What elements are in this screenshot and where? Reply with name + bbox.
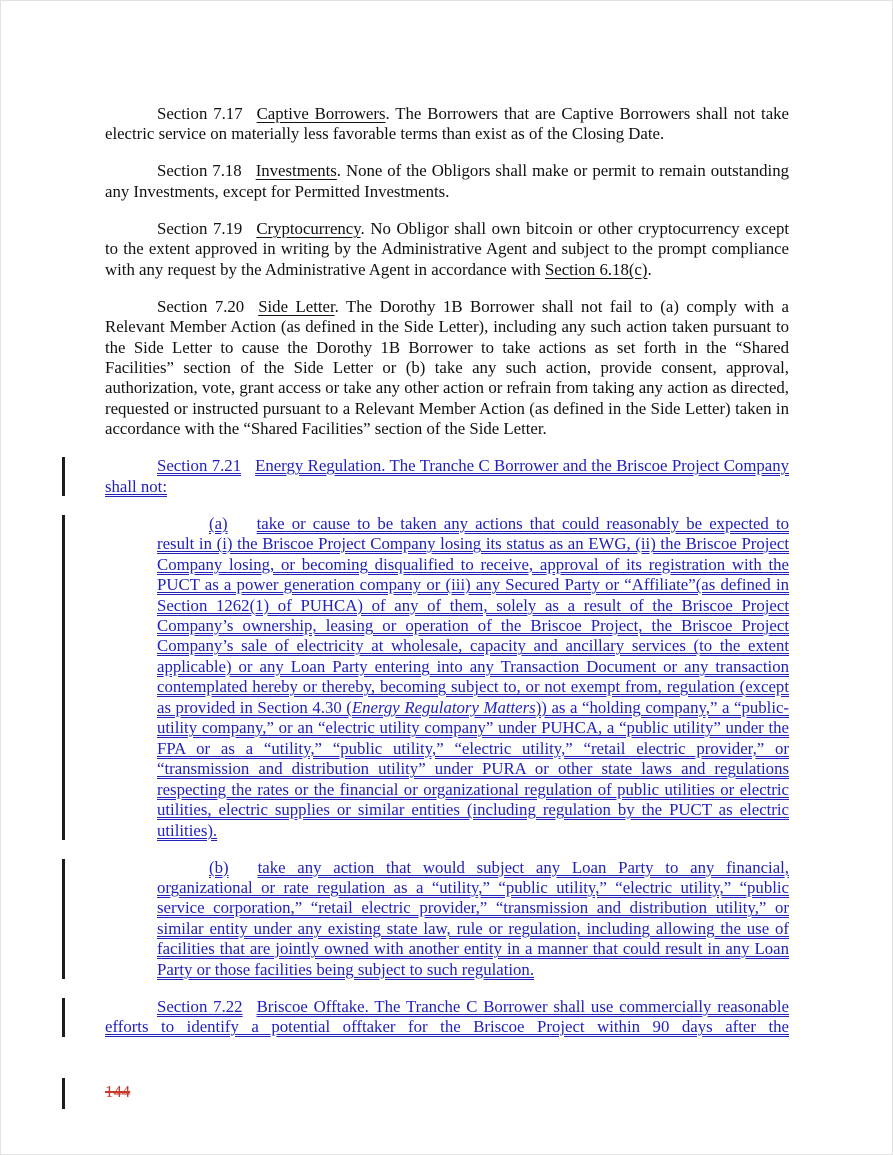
change-bar: [62, 515, 65, 840]
text-run: take any action that would subject any L…: [157, 858, 789, 979]
text-run: .: [647, 260, 651, 279]
text-run: Section 7.21: [157, 456, 241, 475]
text-run: Section 7.17: [157, 104, 243, 123]
paragraph-section-7-20: Section 7.20Side Letter. The Dorothy 1B …: [105, 297, 789, 440]
text-run: Cryptocurrency: [256, 219, 360, 238]
paragraph-section-7-18: Section 7.18Investments. None of the Obl…: [105, 161, 789, 202]
text-run: Captive Borrowers: [257, 104, 386, 123]
text-run: Section 6.18(c): [545, 260, 648, 279]
text-run: Section 7.18: [157, 161, 242, 180]
change-bar: [62, 998, 65, 1037]
change-bar: [62, 1078, 65, 1109]
paragraph-section-7-21-heading: Section 7.21Energy Regulation. The Tranc…: [105, 456, 789, 497]
text-run: Section 7.20: [157, 297, 244, 316]
text-run: take or cause to be taken any actions th…: [157, 514, 789, 717]
text-run: (b): [209, 858, 229, 877]
paragraph-section-7-22: Section 7.22Briscoe Offtake. The Tranche…: [105, 997, 789, 1038]
text-run: Investments: [256, 161, 337, 180]
text-run: Section 7.22: [157, 997, 243, 1016]
paragraph-section-7-17: Section 7.17Captive Borrowers. The Borro…: [105, 104, 789, 145]
text-run: Energy Regulatory Matters: [352, 698, 536, 717]
text-run: (a): [209, 514, 228, 533]
text-run: Side Letter: [258, 297, 334, 316]
change-bar: [62, 859, 65, 980]
text-run: . The Dorothy 1B Borrower shall not fail…: [105, 297, 789, 439]
text-run: )) as a “holding company,” a “public-uti…: [157, 698, 789, 840]
paragraph-7-21-a: (a)take or cause to be taken any actions…: [157, 514, 789, 841]
page-footer: 144: [105, 1082, 130, 1102]
change-bar: [62, 457, 65, 496]
document-page: Section 7.17Captive Borrowers. The Borro…: [0, 0, 893, 1155]
document-body: Section 7.17Captive Borrowers. The Borro…: [105, 104, 789, 1038]
text-run: Section 7.19: [157, 219, 242, 238]
paragraph-section-7-19: Section 7.19Cryptocurrency. No Obligor s…: [105, 219, 789, 280]
paragraph-7-21-b: (b)take any action that would subject an…: [157, 858, 789, 981]
page-number: 144: [105, 1082, 130, 1101]
